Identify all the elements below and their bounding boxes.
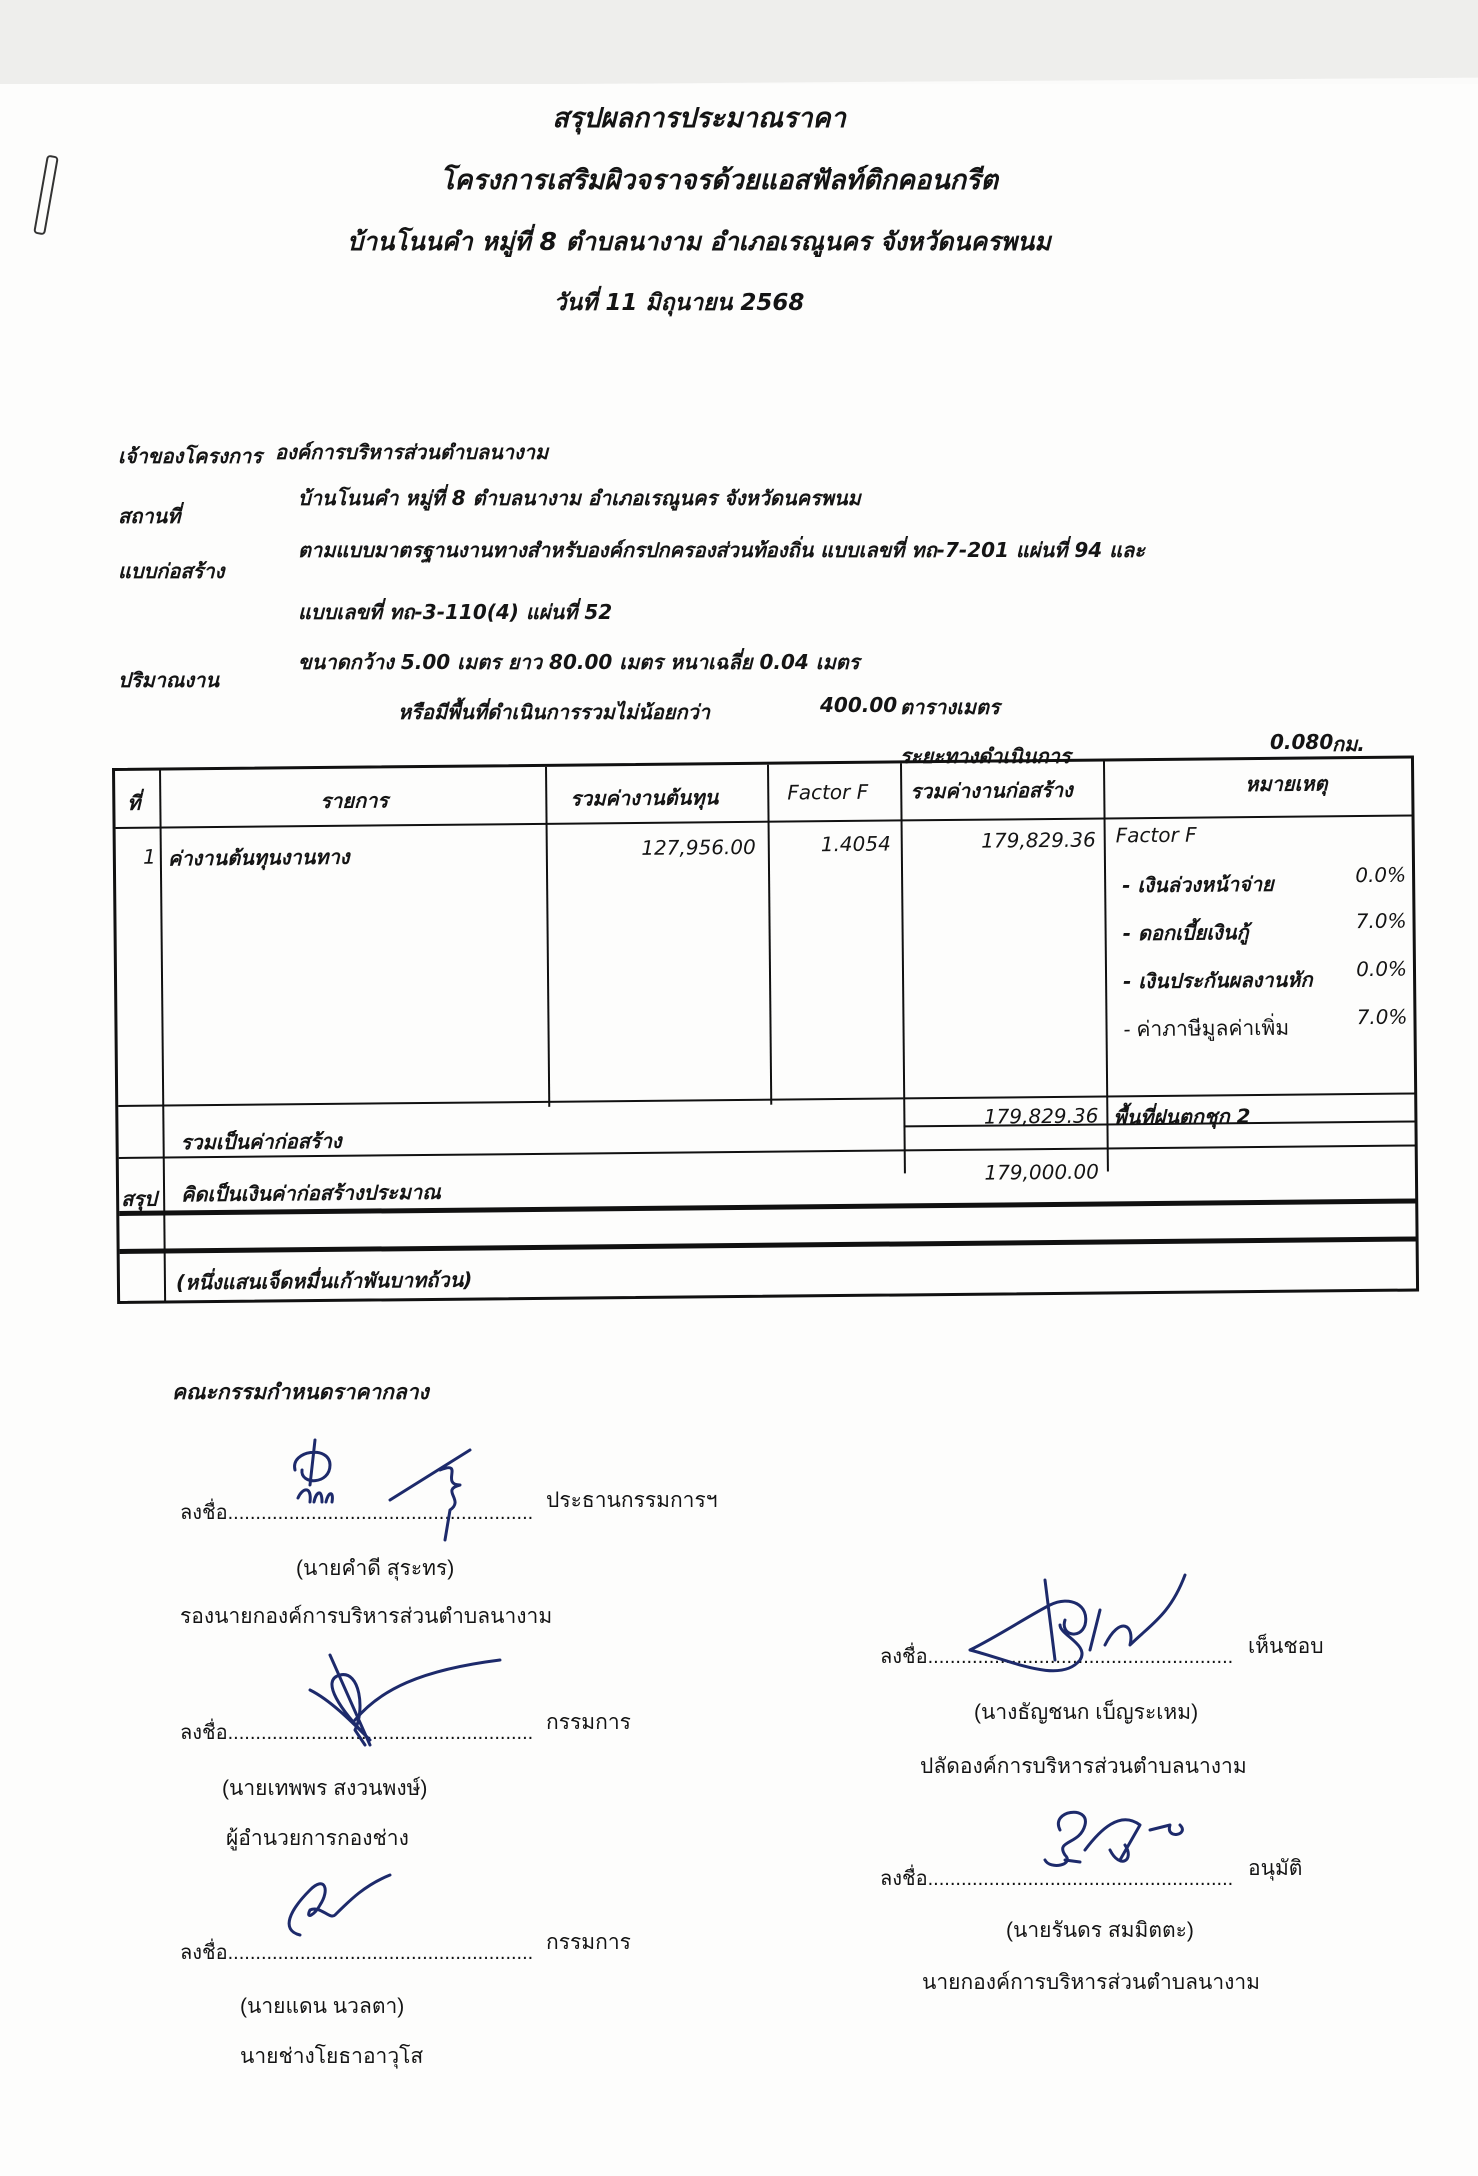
total-remark: พื้นที่ฝนตกชุก 2 — [1113, 1100, 1250, 1133]
approver-role: อนุมัติ — [1248, 1852, 1302, 1885]
quantity-value: ขนาดกว้าง 5.00 เมตร ยาว 80.00 เมตร หนาเฉ… — [298, 646, 860, 678]
signer-position: ผู้อำนวยการกองช่าง — [226, 1822, 409, 1855]
header-construction-cost: รวมค่างานก่อสร้าง — [910, 774, 1073, 808]
project-location: บ้านโนนคำ หมู่ที่ 8 ตำบลนางาม อำเภอเรณูน… — [0, 222, 1438, 262]
remark-item-label: - เงินล่วงหน้าจ่าย — [1122, 868, 1274, 901]
area-label: หรือมีพื้นที่ดำเนินการรวมไม่น้อยกว่า — [398, 696, 710, 728]
header-no: ที่ — [127, 787, 140, 819]
doc-title: สรุปผลการประมาณราคา — [0, 96, 1438, 139]
design-label: แบบก่อสร้าง — [118, 555, 224, 587]
signer-position: นายช่างโยธาอาวุโส — [240, 2040, 423, 2073]
approver-name: (นายรันดร สมมิตตะ) — [1006, 1914, 1194, 1947]
distance-value: 0.080 — [1270, 730, 1333, 754]
row-1-construction-cost: 179,829.36 — [911, 828, 1096, 854]
area-value: 400.00 — [820, 693, 897, 717]
total-label: รวมเป็นค่าก่อสร้าง — [180, 1125, 341, 1159]
signer-name: (นายคำดี สุระทร) — [296, 1552, 454, 1585]
header-base-cost: รวมค่างานต้นทุน — [570, 781, 718, 814]
row-1-base-cost: 127,956.00 — [556, 835, 756, 861]
signature-line: ลงชื่อ..................................… — [180, 1936, 533, 1968]
header-remark: หมายเหตุ — [1245, 767, 1328, 800]
signer-position: รองนายกองค์การบริหารส่วนตำบลนางาม — [180, 1600, 552, 1633]
col-divider — [159, 771, 166, 1301]
remark-item-label: - ดอกเบี้ยเงินกู้ — [1122, 916, 1248, 949]
signature-mark — [270, 1870, 430, 1940]
signer-name: (นายเทพพร สงวนพงษ์) — [222, 1772, 427, 1805]
remark-item-value: 7.0% — [1327, 1005, 1407, 1030]
committee-heading: คณะกรรมกำหนดราคากลาง — [172, 1376, 429, 1409]
summary-amount-words: (หนึ่งแสนเจ็ดหมื่นเก้าพันบาทถ้วน) — [176, 1264, 473, 1299]
remark-item-label: - เงินประกันผลงานหัก — [1123, 963, 1313, 997]
signature-mark — [960, 1565, 1200, 1685]
remark-item-value: 0.0% — [1327, 957, 1407, 982]
signer-role: ประธานกรรมการฯ — [546, 1484, 718, 1517]
signature-mark — [290, 1430, 510, 1540]
total-value: 179,829.36 — [913, 1104, 1098, 1130]
estimate-table: ที่ รายการ รวมค่างานต้นทุน Factor F รวมค… — [112, 756, 1419, 1304]
remark-item-label: - ค่าภาษีมูลค่าเพิ่ม — [1123, 1012, 1289, 1047]
row-divider — [120, 1236, 1418, 1253]
header-item: รายการ — [320, 784, 388, 817]
summary-text: คิดเป็นเงินค่าก่อสร้างประมาณ — [181, 1176, 441, 1210]
approver-role: เห็นชอบ — [1248, 1630, 1324, 1663]
approver-position: นายกองค์การบริหารส่วนตำบลนางาม — [922, 1966, 1260, 1999]
signer-role: กรรมการ — [546, 1706, 631, 1739]
design-value-1: ตามแบบมาตรฐานงานทางสำหรับองค์กรปกครองส่ว… — [298, 534, 1145, 566]
quantity-label: ปริมาณงาน — [118, 664, 219, 696]
row-1-item: ค่างานต้นทุนงานทาง — [168, 841, 350, 875]
col-divider — [545, 767, 550, 1107]
signature-mark — [270, 1650, 510, 1760]
remark-title: Factor F — [1116, 823, 1197, 848]
approver-name: (นางธัญชนก เบ็ญระเหม) — [974, 1696, 1198, 1729]
row-1-no: 1 — [122, 845, 156, 869]
row-divider — [118, 1097, 903, 1107]
signer-name: (นายแดน นวลตา) — [240, 1990, 404, 2023]
place-value: บ้านโนนคำ หมู่ที่ 8 ตำบลนางาม อำเภอเรณูน… — [298, 482, 861, 514]
place-label: สถานที่ — [118, 500, 180, 532]
col-divider — [1103, 761, 1109, 1171]
owner-value: องค์การบริหารส่วนตำบลนางาม — [275, 436, 548, 468]
area-unit: ตารางเมตร — [900, 691, 1000, 723]
approver-position: ปลัดองค์การบริหารส่วนตำบลนางาม — [920, 1750, 1247, 1783]
project-name: โครงการเสริมผิวจราจรด้วยแอสฟัลท์ติกคอนกร… — [0, 158, 1458, 201]
col-divider — [767, 765, 772, 1105]
doc-date: วันที่ 11 มิถุนายน 2568 — [0, 285, 1418, 321]
scan-shadow — [0, 0, 1478, 88]
remark-item-value: 0.0% — [1326, 863, 1406, 888]
row-divider — [903, 1092, 1416, 1099]
design-value-2: แบบเลขที่ ทถ-3-110(4) แผ่นที่ 52 — [298, 596, 612, 628]
row-divider — [116, 815, 1414, 829]
row-1-factor: 1.4054 — [776, 832, 891, 857]
summary-label: สรุป — [121, 1183, 157, 1215]
summary-value: 179,000.00 — [914, 1160, 1099, 1186]
signer-role: กรรมการ — [546, 1926, 631, 1959]
header-factor: Factor F — [787, 780, 868, 805]
col-divider — [900, 763, 906, 1173]
signature-mark — [1040, 1800, 1200, 1880]
owner-label: เจ้าของโครงการ — [118, 440, 262, 472]
remark-item-value: 7.0% — [1326, 909, 1406, 934]
